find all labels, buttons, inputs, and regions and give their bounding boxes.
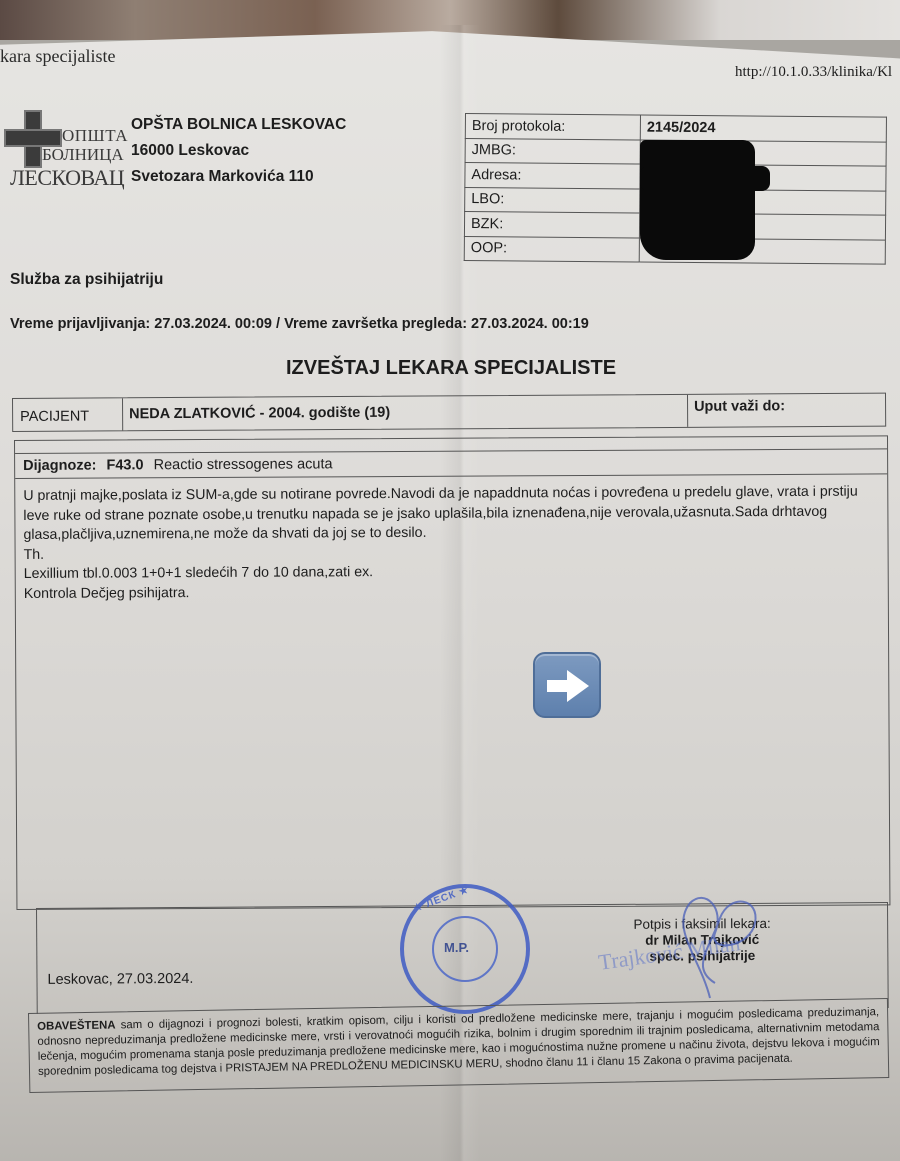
signature-scribble	[660, 888, 770, 1008]
id-label: Adresa:	[465, 163, 640, 189]
logo-line-3: ЛЕСКОВАЦ	[10, 165, 124, 191]
patient-name: NEDA ZLATKOVIĆ - 2004. godište (19)	[123, 395, 688, 430]
patient-row: PACIJENT NEDA ZLATKOVIĆ - 2004. godište …	[12, 393, 886, 432]
patient-consent: OBAVEŠTENA sam o dijagnozi i prognozi bo…	[28, 998, 889, 1093]
consent-agree: PRISTAJEM NA PREDLOŽENU MEDICINSKU MERU	[225, 1058, 499, 1075]
hospital-city: 16000 Leskovac	[131, 138, 346, 164]
hospital-name: OPŠTA BOLNICA LESKOVAC	[131, 112, 346, 138]
diagnosis-label: Dijagnoze:	[23, 458, 96, 474]
hospital-logo: ОПШТА БОЛНИЦА ЛЕСКОВАЦ	[2, 108, 130, 193]
diagnosis-code: F43.0	[106, 457, 143, 473]
place-and-date: Leskovac, 27.03.2024.	[47, 971, 193, 988]
official-stamp: ★ ЛЕСК ★ M.P.	[400, 884, 530, 1014]
id-label: BZK:	[464, 212, 639, 238]
department: Služba za psihijatriju	[10, 271, 163, 289]
id-label: Broj protokola:	[465, 114, 640, 140]
redaction-mark	[640, 140, 755, 260]
hospital-street: Svetozara Markovića 110	[131, 164, 346, 190]
redaction-mark	[640, 166, 770, 191]
hospital-address: OPŠTA BOLNICA LESKOVAC 16000 Leskovac Sv…	[131, 112, 346, 190]
stamp-mark: M.P.	[444, 940, 469, 955]
logo-line-2: БОЛНИЦА	[42, 145, 124, 165]
id-label: LBO:	[465, 187, 640, 213]
diagnosis-row: Dijagnoze: F43.0 Reactio stressogenes ac…	[15, 448, 887, 479]
referral-valid-until: Uput važi do:	[688, 394, 885, 427]
clinical-notes: U pratnji majke,poslata iz SUM-a,gde su …	[23, 482, 884, 604]
findings-box: Dijagnoze: F43.0 Reactio stressogenes ac…	[14, 435, 890, 910]
print-url: http://10.1.0.33/klinika/Kl	[735, 64, 892, 81]
visit-times: Vreme prijavljivanja: 27.03.2024. 00:09 …	[10, 316, 589, 332]
id-row: Broj protokola:2145/2024	[465, 114, 886, 142]
id-value: 2145/2024	[640, 115, 886, 142]
notes-followup: Kontrola Dečjeg psihijatra.	[24, 580, 884, 604]
consent-text-2: , shodno članu 11 i članu 15 Zakona o pr…	[499, 1053, 793, 1070]
patient-label: PACIJENT	[13, 398, 123, 431]
right-arrow-icon	[533, 652, 601, 718]
id-label: OOP:	[464, 236, 639, 262]
print-page-title: kara specijaliste	[0, 46, 115, 67]
logo-line-1: ОПШТА	[62, 126, 128, 146]
report-title: IZVEŠTAJ LEKARA SPECIJALISTE	[286, 357, 616, 380]
id-label: JMBG:	[465, 138, 640, 164]
diagnosis-text: Reactio stressogenes acuta	[154, 456, 333, 473]
consent-lead: OBAVEŠTENA	[37, 1019, 115, 1032]
notes-anamnesis: U pratnji majke,poslata iz SUM-a,gde su …	[23, 482, 883, 545]
